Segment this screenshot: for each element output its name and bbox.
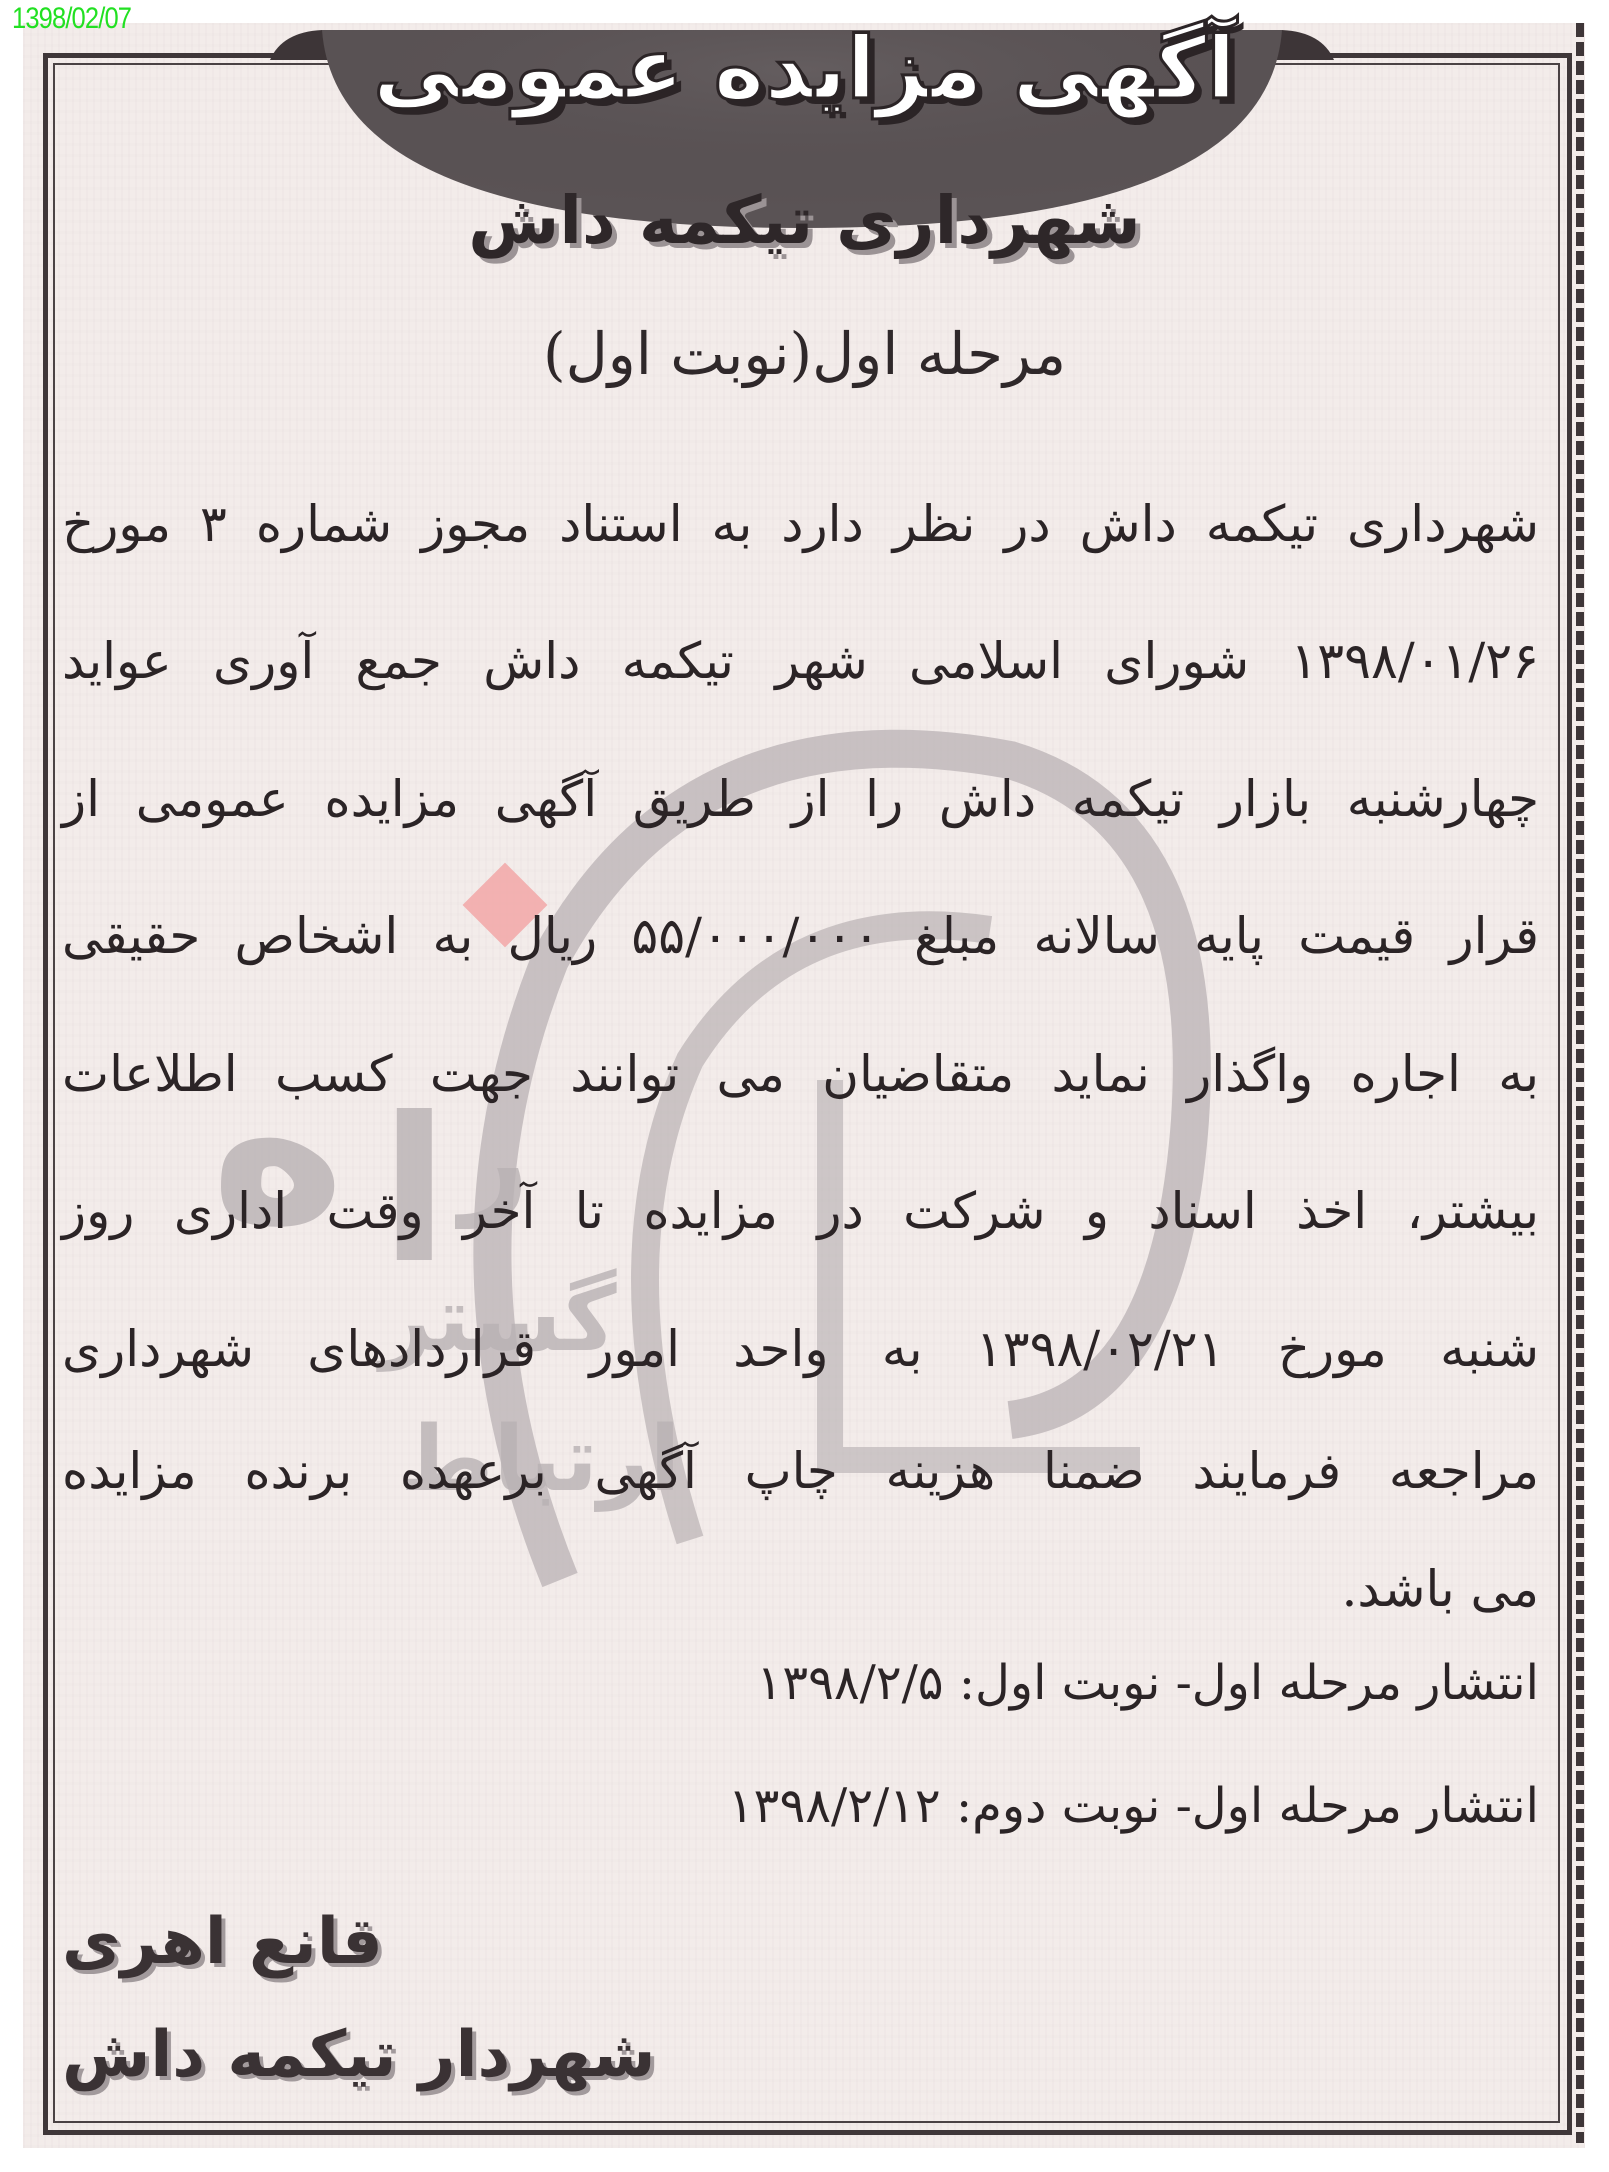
body-line-1: شهرداری تیکمه داش در نظر دارد به استناد … [62,495,1539,553]
body-line-7: شنبه مورخ ۱۳۹۸/۰۲/۲۱ به واحد امور قراردا… [62,1320,1539,1378]
body-line-3: چهارشنبه بازار تیکمه داش را از طریق آگهی… [62,770,1539,828]
publication-second-date: ۱۳۹۸/۲/۱۲ [728,1778,941,1834]
signatory-title: شهردار تیکمه داش [62,2018,655,2092]
publication-first-label: انتشار مرحله اول- نوبت اول: [959,1655,1539,1711]
notice-title: آگهی مزایده عمومی [0,22,1609,117]
organization-name: شهرداری تیکمه داش [0,185,1609,258]
publication-second-label: انتشار مرحله اول- نوبت دوم: [956,1778,1539,1834]
publication-first-date: ۱۳۹۸/۲/۵ [757,1655,944,1711]
body-line-6: بیشتر، اخذ اسناد و شرکت در مزایده تا آخر… [62,1182,1539,1240]
body-line-9: می باشد. [62,1560,1539,1618]
body-line-2: ۱۳۹۸/۰۱/۲۶ شورای اسلامی شهر تیکمه داش جم… [62,632,1539,690]
body-line-4: قرار قیمت پایه سالانه مبلغ ۵۵/۰۰۰/۰۰۰ ری… [62,907,1539,965]
signatory-name: قانع اهری [62,1905,383,1979]
body-line-5: به اجاره واگذار نماید متقاضیان می توانند… [62,1045,1539,1103]
publication-second-notice: انتشار مرحله اول- نوبت دوم: ۱۳۹۸/۲/۱۲ [728,1778,1539,1834]
body-line-8: مراجعه فرمایند ضمنا هزینه چاپ آگهی برعهد… [62,1442,1539,1500]
archive-date-stamp: 1398/02/07 [12,2,131,36]
publication-first-notice: انتشار مرحله اول- نوبت اول: ۱۳۹۸/۲/۵ [757,1655,1539,1711]
stage-heading: مرحله اول(نوبت اول) [0,320,1609,388]
